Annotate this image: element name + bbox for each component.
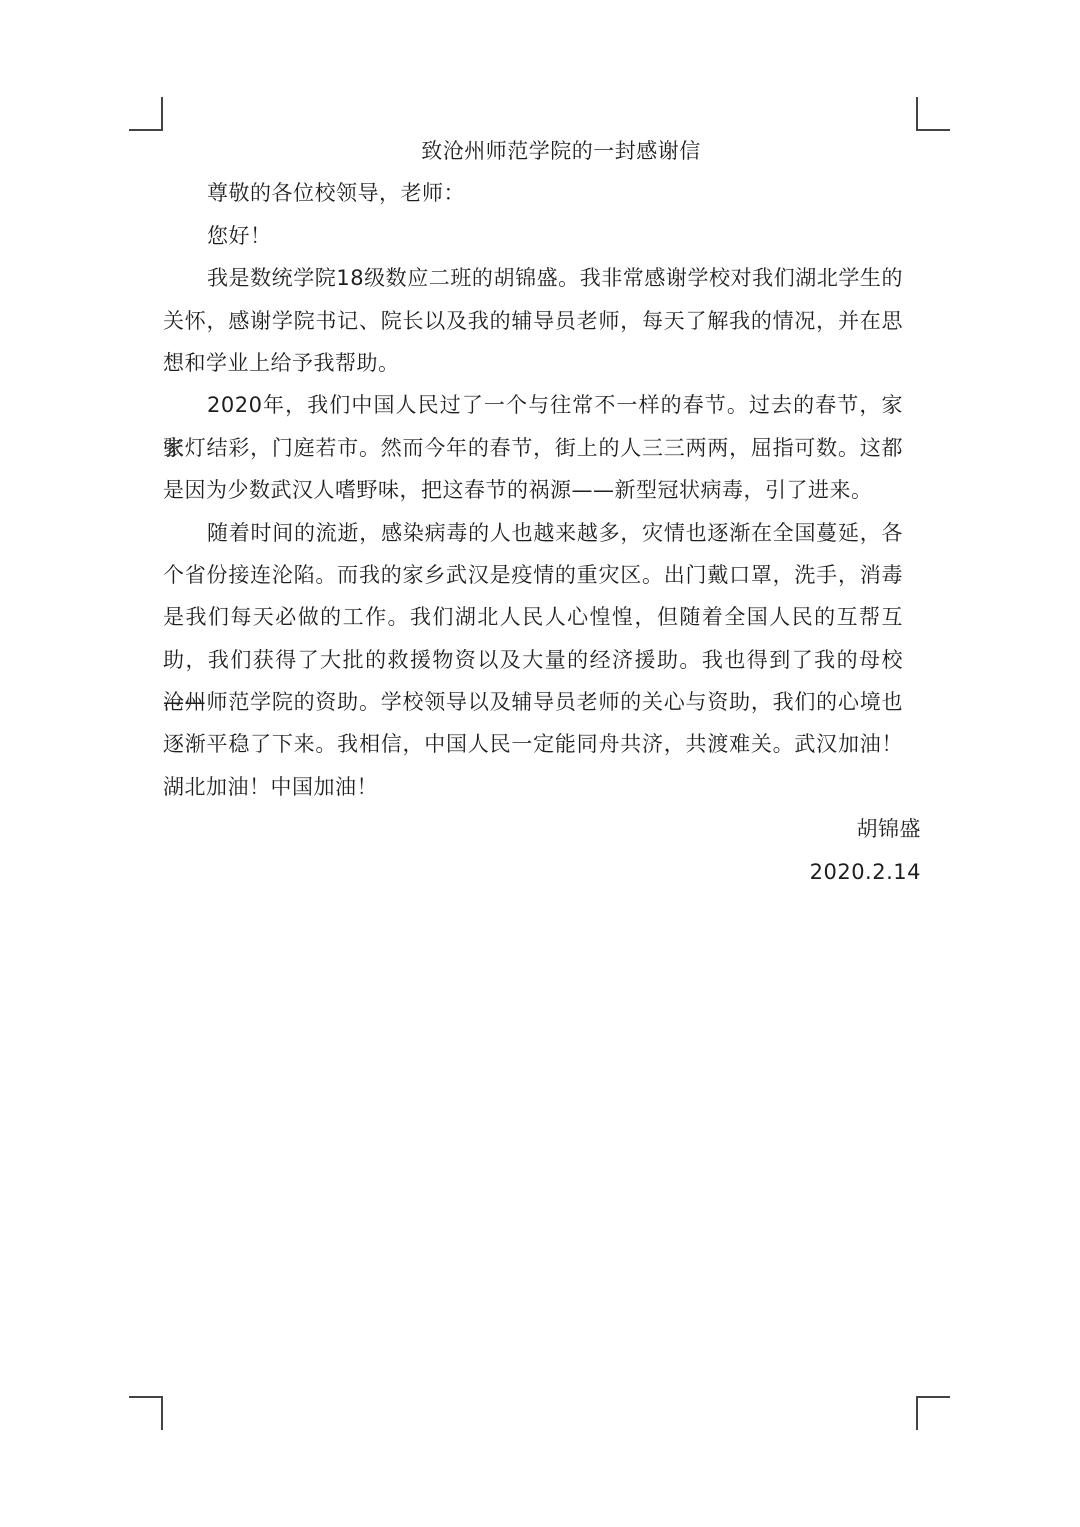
letter-line: 张灯结彩，门庭若市。然而今年的春节，街上的人三三两两，屈指可数。这都 [163,427,903,469]
letter-line: 想和学业上给予我帮助。 [163,342,903,384]
letter-line: 是我们每天必做的工作。我们湖北人民人心惶惶，但随着全国人民的互帮互 [163,596,903,638]
crop-mark-bottom-left [129,1396,163,1430]
letter-salutation: 尊敬的各位校领导，老师： [163,172,903,214]
crop-mark-top-right [916,97,950,131]
letter-greeting: 您好！ [163,215,903,257]
letter-line: 助，我们获得了大批的救援物资以及大量的经济援助。我也得到了我的母校—— [163,639,903,681]
letter-line: 逐渐平稳了下来。我相信，中国人民一定能同舟共济，共渡难关。武汉加油！ [163,723,903,765]
letter-line: 湖北加油！中国加油！ [163,766,903,808]
document-page: 致沧州师范学院的一封感谢信 尊敬的各位校领导，老师： 您好！ 我是数统学院18级… [0,0,1080,1527]
letter-line: 沧州师范学院的资助。学校领导以及辅导员老师的关心与资助，我们的心境也 [163,681,903,723]
letter-date: 2020.2.14 [163,851,921,893]
crop-mark-bottom-right [916,1396,950,1430]
letter-line: 我是数统学院18级数应二班的胡锦盛。我非常感谢学校对我们湖北学生的 [163,257,903,299]
letter-line: 个省份接连沦陷。而我的家乡武汉是疫情的重灾区。出门戴口罩，洗手，消毒 [163,554,903,596]
letter-signature: 胡锦盛 [163,808,921,850]
letter-line: 关怀，感谢学院书记、院长以及我的辅导员老师，每天了解我的情况，并在思 [163,300,903,342]
letter-paragraph-lines: 我是数统学院18级数应二班的胡锦盛。我非常感谢学校对我们湖北学生的关怀，感谢学院… [163,257,903,808]
letter-title: 致沧州师范学院的一封感谢信 [163,130,903,172]
letter-line: 2020年，我们中国人民过了一个与往常不一样的春节。过去的春节，家家 [163,384,903,426]
letter-body: 致沧州师范学院的一封感谢信 尊敬的各位校领导，老师： 您好！ 我是数统学院18级… [163,130,903,893]
letter-line: 是因为少数武汉人嗜野味，把这春节的祸源——新型冠状病毒，引了进来。 [163,469,903,511]
crop-mark-top-left [129,97,163,131]
letter-line: 随着时间的流逝，感染病毒的人也越来越多，灾情也逐渐在全国蔓延，各 [163,512,903,554]
